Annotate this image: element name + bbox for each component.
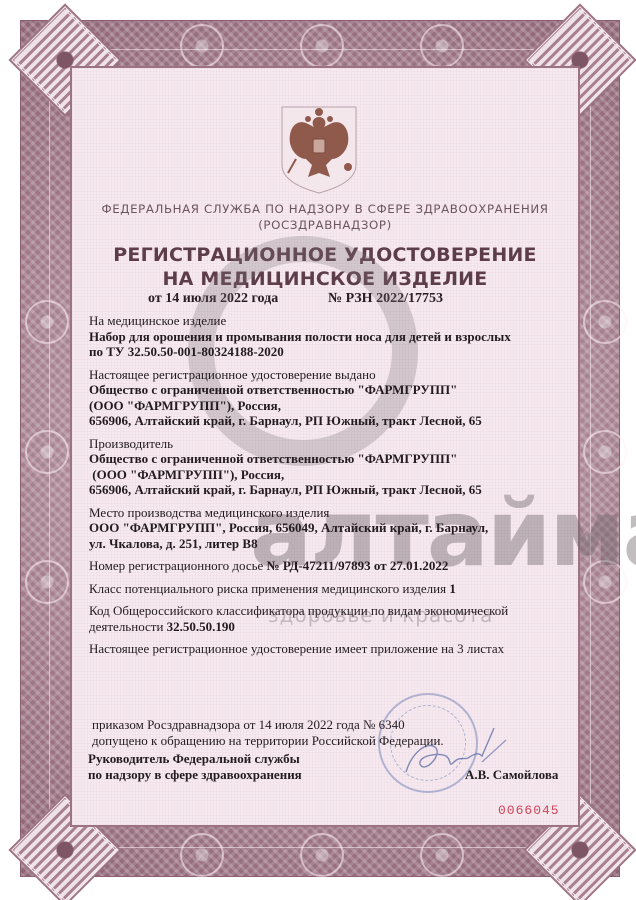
border-ornament	[300, 833, 344, 877]
production-site-section: Место производства медицинского изделия …	[89, 505, 549, 552]
appendix-note: Настоящее регистрационное удостоверение …	[89, 641, 549, 657]
okpd-code: 32.50.50.190	[167, 619, 235, 634]
issued-to-section: Настоящее регистрационное удостоверение …	[89, 367, 549, 429]
manufacturer-address: 656906, Алтайский край, г. Барнаул, РП Ю…	[89, 482, 549, 498]
issued-to-short: (ООО "ФАРМГРУПП"), Россия,	[89, 398, 549, 414]
document-subtitle: НА МЕДИЦИНСКОЕ ИЗДЕЛИЕ	[70, 268, 580, 290]
manufacturer-short: (ООО "ФАРМГРУПП"), Россия,	[89, 467, 549, 483]
border-ornament	[420, 24, 464, 68]
admission-line: допущено к обращению на территории Росси…	[92, 733, 444, 749]
issue-date: от 14 июля 2022 года	[148, 291, 278, 307]
issued-to-company: Общество с ограниченной ответственностью…	[89, 382, 549, 398]
device-label: На медицинское изделие	[89, 313, 549, 329]
device-section: На медицинское изделие Набор для орошени…	[89, 313, 549, 360]
border-ornament	[25, 300, 69, 344]
manufacturer-company: Общество с ограниченной ответственностью…	[89, 451, 549, 467]
signatory-name: А.В. Самойлова	[465, 767, 558, 783]
okpd-label: Код Общероссийского классификатора проду…	[89, 603, 549, 619]
manufacturer-label: Производитель	[89, 436, 549, 452]
production-site-address: ООО "ФАРМГРУПП", Россия, 656049, Алтайск…	[89, 520, 549, 536]
production-site-address-2: ул. Чкалова, д. 251, литер В8	[89, 536, 549, 552]
order-text: приказом Росздравнадзора от 14 июля 2022…	[92, 717, 444, 749]
border-ornament	[583, 300, 627, 344]
risk-class-label: Класс потенциального риска применения ме…	[89, 581, 449, 596]
border-ornament	[300, 24, 344, 68]
dossier-section: Номер регистрационного досье № РД-47211/…	[89, 558, 549, 574]
serial-number: 0066045	[498, 803, 560, 818]
risk-class-value: 1	[449, 581, 456, 596]
signatory-title-line2: по надзору в сфере здравоохранения	[88, 767, 302, 783]
device-name: Набор для орошения и промывания полости …	[89, 329, 549, 345]
border-ornament	[583, 560, 627, 604]
production-site-label: Место производства медицинского изделия	[89, 505, 549, 521]
issued-to-label: Настоящее регистрационное удостоверение …	[89, 367, 549, 383]
order-line: приказом Росздравнадзора от 14 июля 2022…	[92, 717, 444, 733]
border-ornament	[25, 560, 69, 604]
certificate-body: На медицинское изделие Набор для орошени…	[89, 313, 549, 664]
border-ornament	[583, 430, 627, 474]
border-ornament	[420, 833, 464, 877]
agency-name: ФЕДЕРАЛЬНАЯ СЛУЖБА ПО НАДЗОРУ В СФЕРЕ ЗД…	[70, 202, 580, 216]
registration-number: № РЗН 2022/17753	[328, 291, 443, 307]
agency-short-name: (РОСЗДРАВНАДЗОР)	[70, 218, 580, 232]
border-ornament	[180, 24, 224, 68]
appendix-section: Настоящее регистрационное удостоверение …	[89, 641, 549, 657]
okpd-section: Код Общероссийского классификатора проду…	[89, 603, 549, 634]
signatory-title-line1: Руководитель Федеральной службы	[88, 751, 302, 767]
risk-class-section: Класс потенциального риска применения ме…	[89, 581, 549, 597]
signatory-title: Руководитель Федеральной службы по надзо…	[88, 751, 302, 783]
device-spec: по ТУ 32.50.50-001-80324188-2020	[89, 344, 549, 360]
border-ornament	[25, 430, 69, 474]
russian-coat-of-arms-icon	[278, 103, 360, 195]
issued-to-address: 656906, Алтайский край, г. Барнаул, РП Ю…	[89, 413, 549, 429]
dossier-number: № РД-47211/97893 от 27.01.2022	[267, 558, 449, 573]
okpd-label-2: деятельности	[89, 619, 167, 634]
border-ornament	[180, 833, 224, 877]
document-title: РЕГИСТРАЦИОННОЕ УДОСТОВЕРЕНИЕ	[70, 244, 580, 266]
manufacturer-section: Производитель Общество с ограниченной от…	[89, 436, 549, 498]
dossier-label: Номер регистрационного досье	[89, 558, 267, 573]
